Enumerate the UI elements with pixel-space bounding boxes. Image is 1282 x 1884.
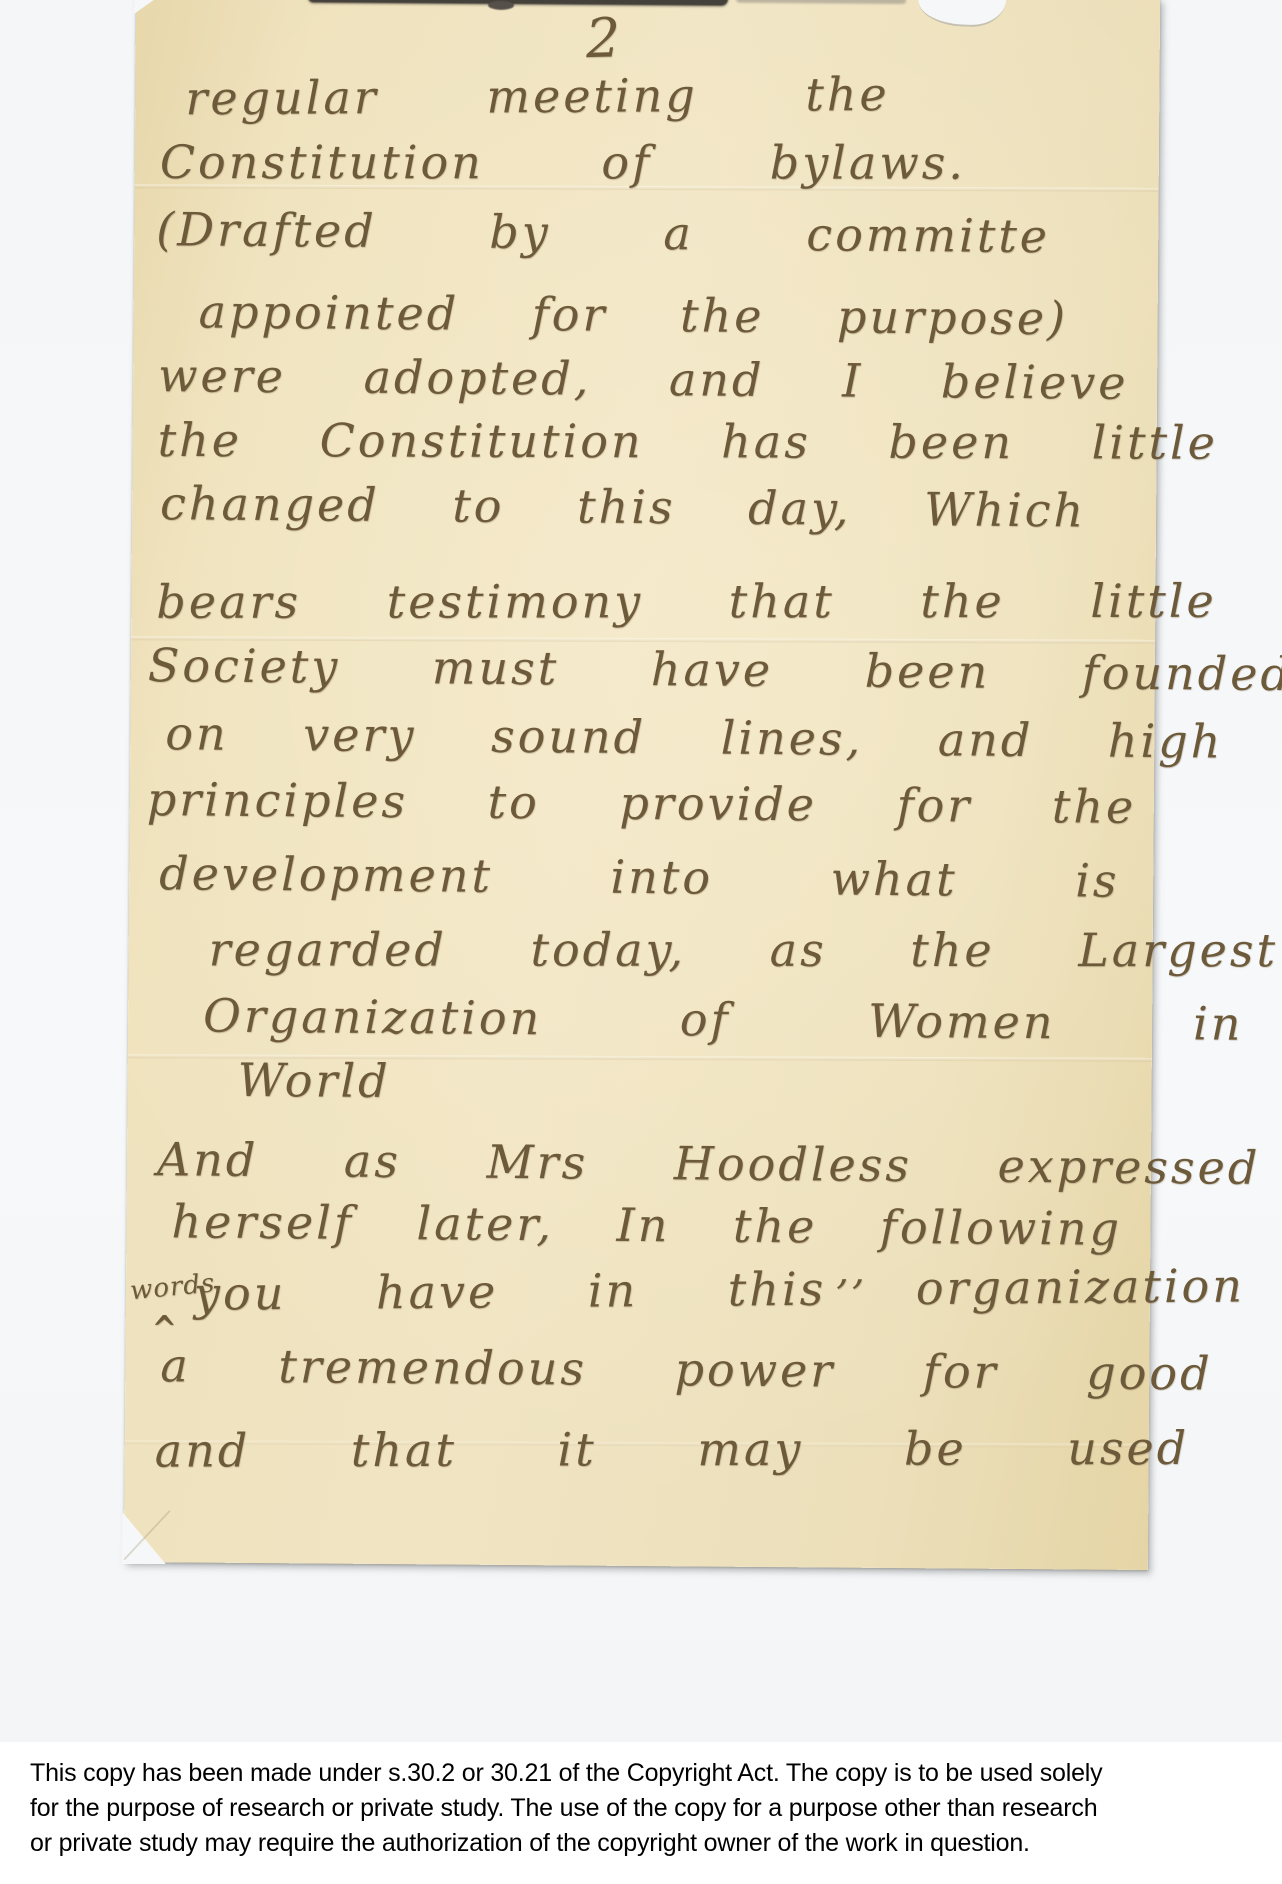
copyright-notice-line: or private study may require the authori…: [30, 1826, 1270, 1861]
copyright-notice-line: This copy has been made under s.30.2 or …: [30, 1756, 1270, 1791]
handwritten-line: bears testimony that the little: [156, 578, 1216, 625]
handwritten-line: regular meeting the: [185, 71, 890, 121]
handwritten-line: Society must have been founded: [148, 642, 1282, 697]
handwritten-line: Organization of Women in: [203, 993, 1244, 1047]
handwritten-line: and that it may be used: [155, 1425, 1190, 1474]
insertion-mark: ‚‚: [836, 1248, 868, 1294]
handwritten-line: And as Mrs Hoodless expressed: [157, 1136, 1261, 1191]
page-number: 2: [585, 11, 624, 66]
handwritten-line: Constitution of bylaws.: [160, 139, 966, 186]
handwritten-line: on very sound lines, and high: [165, 710, 1223, 764]
letter-page: 2 regular meeting the Constitution of by…: [124, 0, 1160, 1570]
insert-caret: ^: [152, 1309, 180, 1351]
handwritten-line: appointed for the purpose): [198, 289, 1068, 342]
handwritten-line: development into what is: [159, 850, 1120, 904]
handwritten-line: principles to provide for the: [147, 776, 1137, 830]
handwritten-line: you have in this organization: [194, 1262, 1245, 1316]
handwritten-line: regarded today, as the Largest: [209, 926, 1278, 973]
handwritten-line: herself later, In the following: [171, 1198, 1122, 1251]
handwritten-line: the Constitution has been little: [158, 417, 1218, 466]
copyright-notice: This copy has been made under s.30.2 or …: [30, 1756, 1270, 1861]
copyright-notice-line: for the purpose of research or private s…: [30, 1791, 1270, 1826]
handwritten-line: changed to this day, Which: [160, 480, 1086, 533]
handwritten-line: a tremendous power for good: [160, 1342, 1213, 1396]
bottom-left-corner-cut: [122, 1512, 166, 1564]
handwritten-line: (Drafted by a committe: [156, 206, 1050, 259]
handwritten-line: were adopted, and I believe: [158, 352, 1129, 406]
handwriting-layer: 2 regular meeting the Constitution of by…: [174, 0, 1146, 1570]
top-left-corner-nick: [134, 0, 170, 14]
scanned-document-view: 2 regular meeting the Constitution of by…: [0, 0, 1282, 1884]
handwritten-line: World: [237, 1057, 390, 1104]
